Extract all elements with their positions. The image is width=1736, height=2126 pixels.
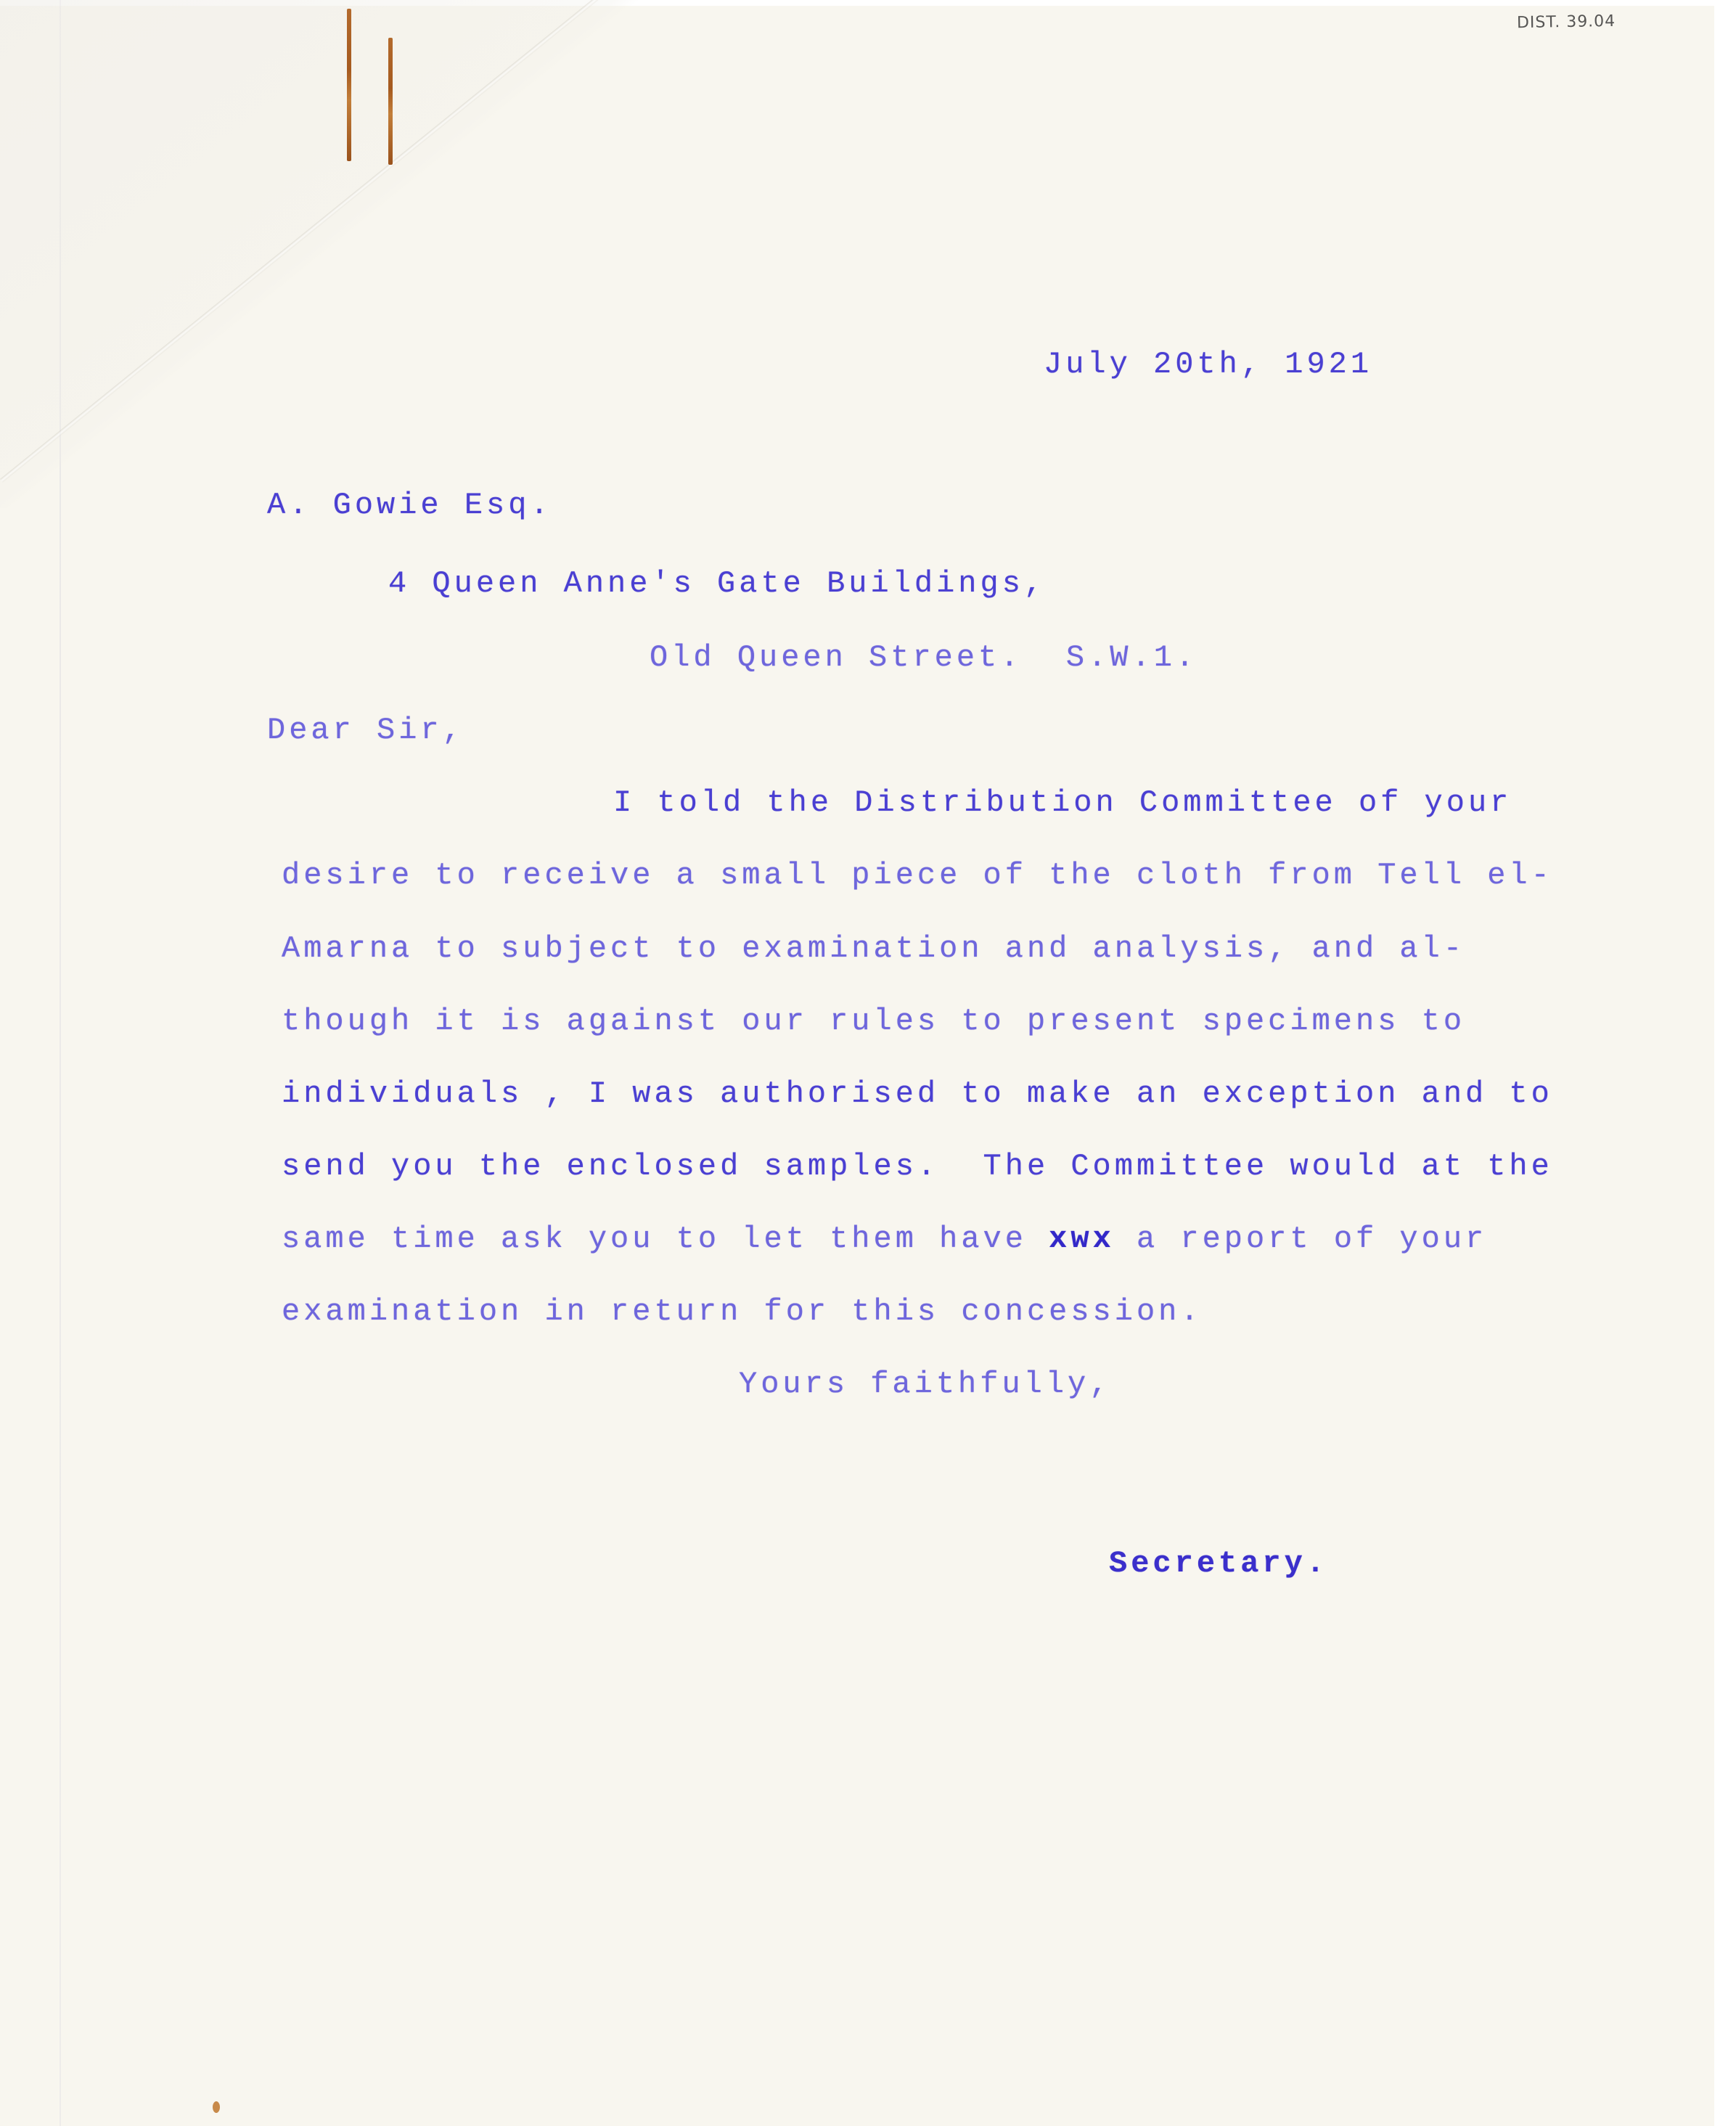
recipient-address-line-1: 4 Queen Anne's Gate Buildings, [388, 566, 1046, 601]
staple-mark-icon [388, 38, 393, 165]
letter-page: DIST. 39.04 July 20th, 1921 A. Gowie Esq… [0, 0, 1736, 2126]
recipient-name: A. Gowie Esq. [267, 488, 552, 523]
body-line-7: same time ask you to let them have xwx a… [282, 1222, 1487, 1256]
closing: Yours faithfully, [739, 1367, 1111, 1402]
body-line-8: examination in return for this concessio… [282, 1294, 1203, 1329]
body-line-4: though it is against our rules to presen… [282, 1004, 1465, 1039]
body-line-7-start: same time ask you to let them have [282, 1222, 1049, 1256]
body-line-3: Amarna to subject to examination and ana… [282, 931, 1465, 966]
body-line-1: I told the Distribution Committee of you… [613, 785, 1512, 820]
recipient-address-line-2: Old Queen Street. S.W.1. [650, 640, 1197, 675]
body-line-7-end: a report of your [1115, 1222, 1487, 1256]
body-line-5: individuals , I was authorised to make a… [282, 1076, 1553, 1111]
paper-stain [213, 2101, 220, 2113]
scan-right-edge [1714, 0, 1736, 2126]
body-line-2: desire to receive a small piece of the c… [282, 858, 1553, 893]
salutation: Dear Sir, [267, 713, 464, 748]
fold-shade [0, 0, 653, 508]
staple-mark-icon [347, 9, 351, 161]
letter-date: July 20th, 1921 [1044, 347, 1372, 382]
body-line-6: send you the enclosed samples. The Commi… [282, 1149, 1553, 1184]
signature-title: Secretary. [1109, 1546, 1328, 1581]
archive-reference: DIST. 39.04 [1517, 12, 1616, 32]
struck-out-text: xwx [1049, 1222, 1115, 1256]
